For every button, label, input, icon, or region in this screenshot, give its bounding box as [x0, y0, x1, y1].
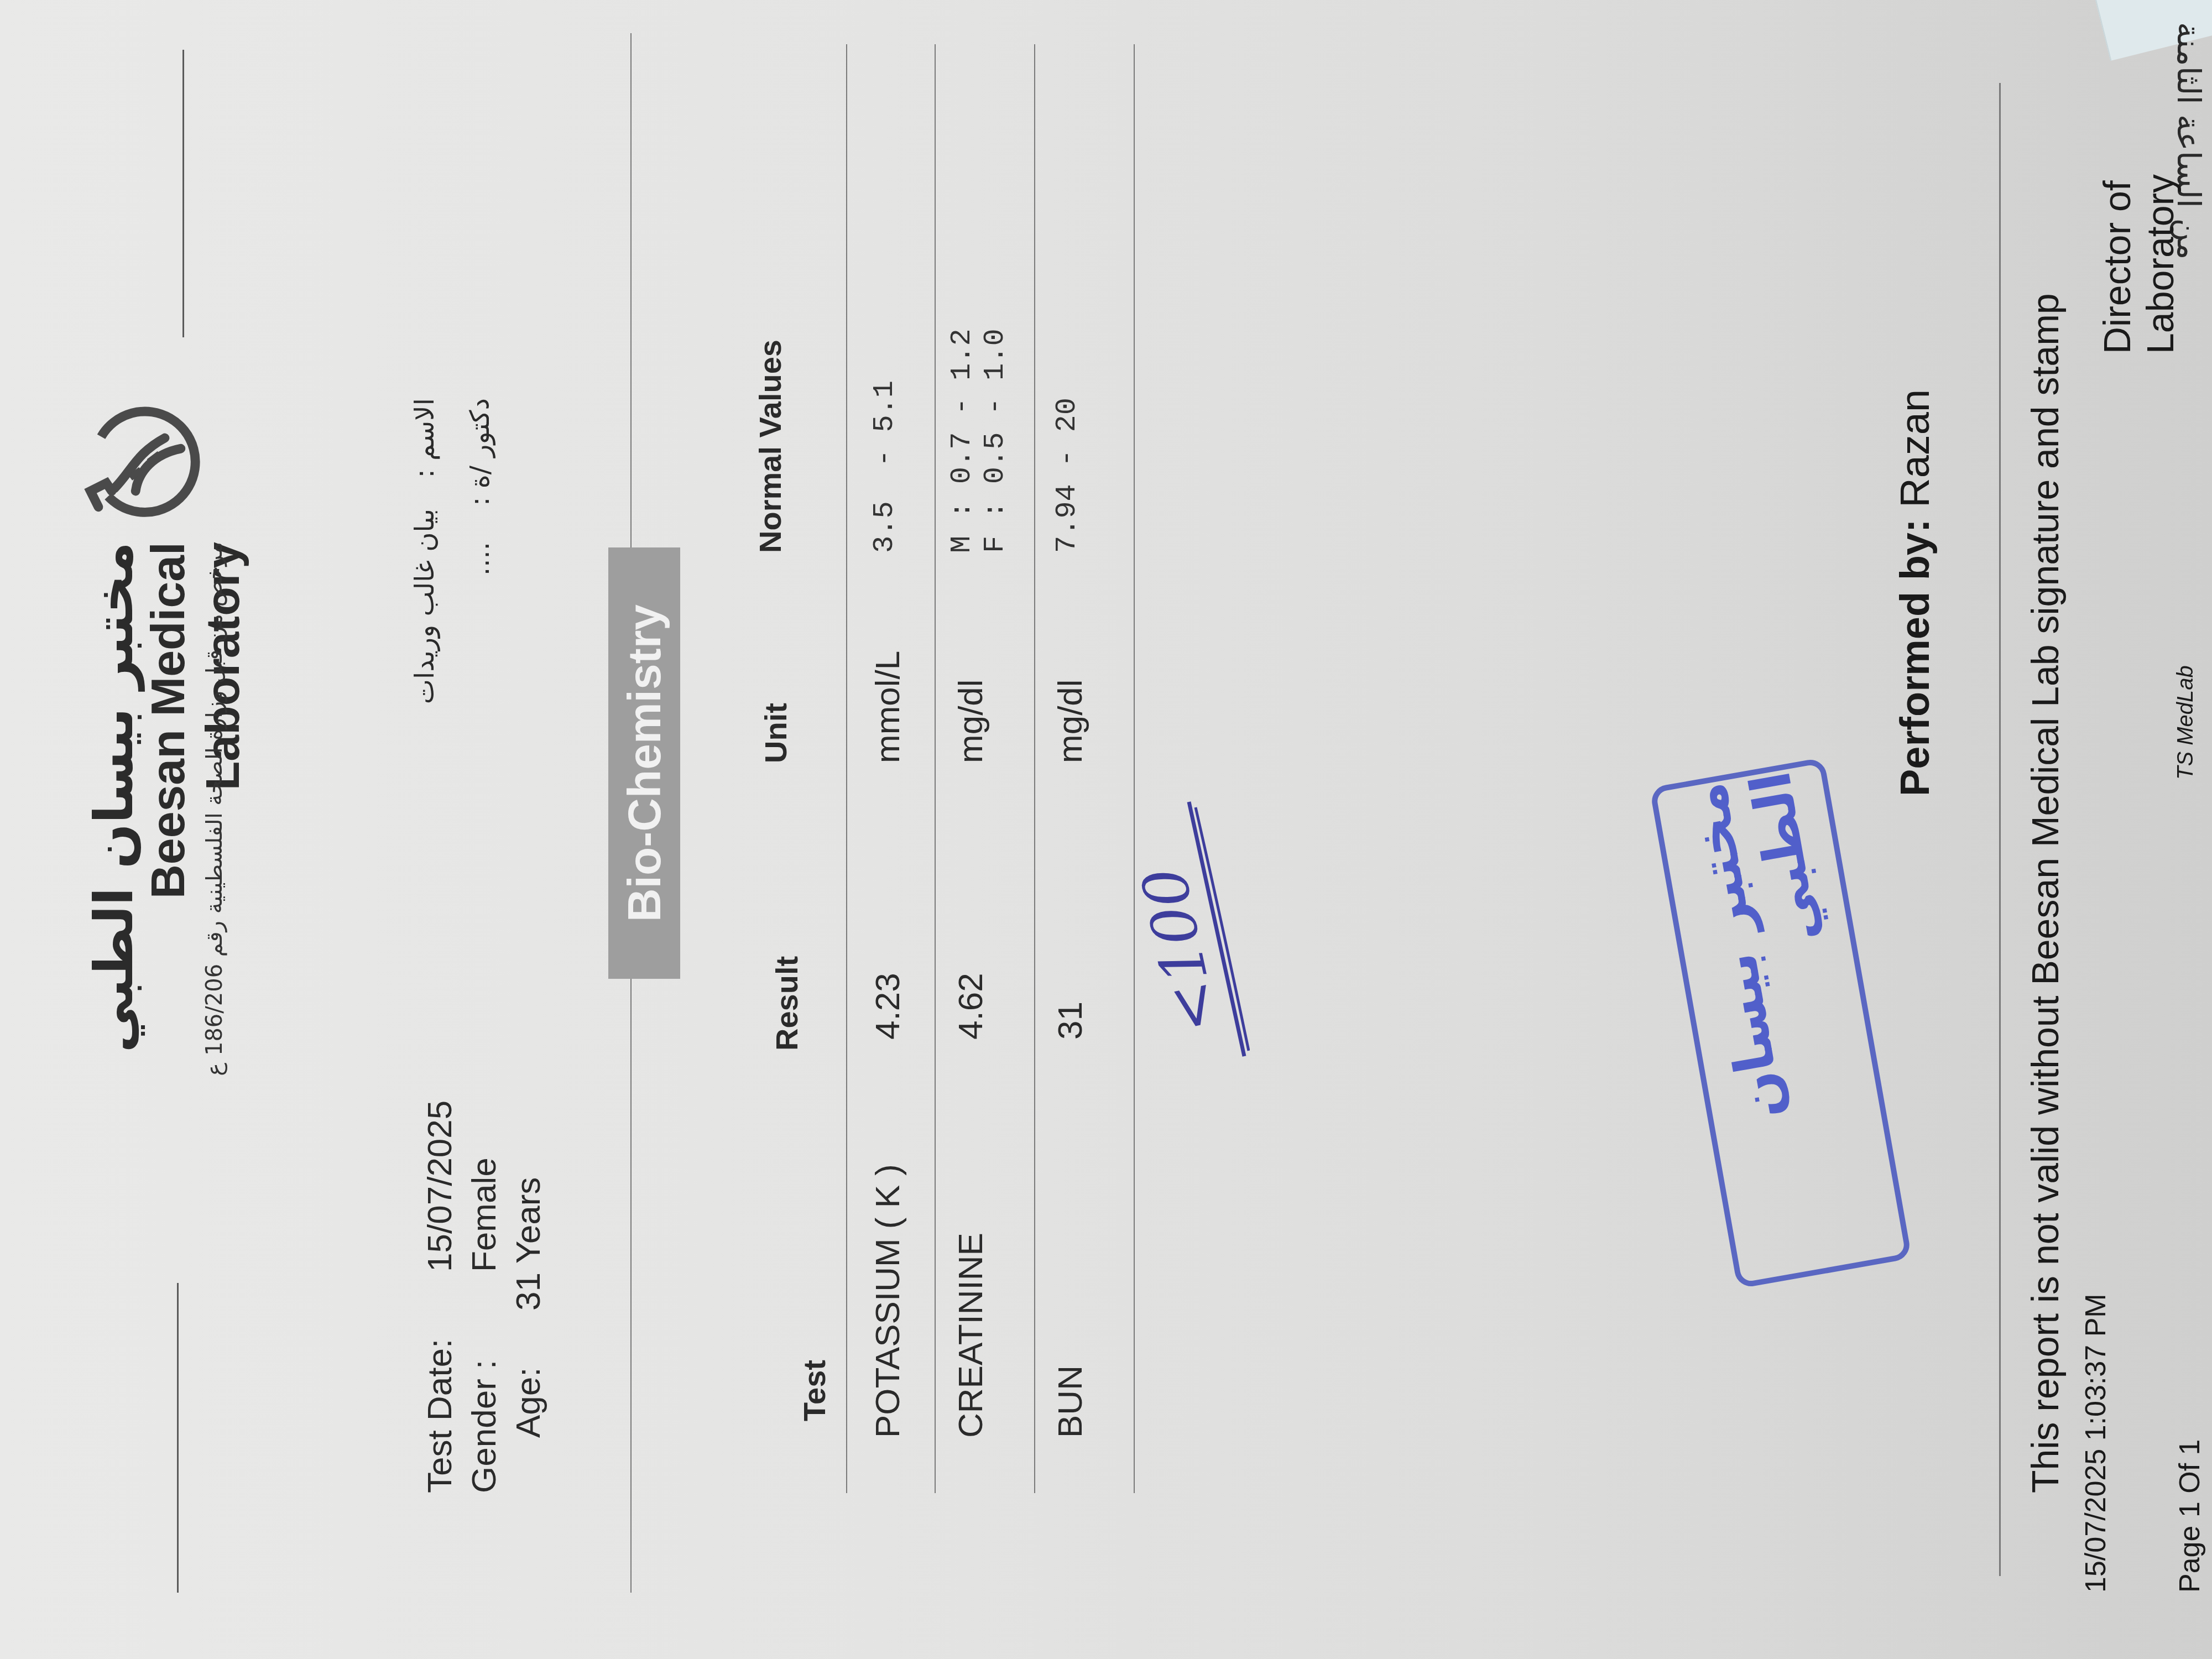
cell-result: 4.62 — [951, 973, 990, 1040]
cell-unit: mg/dl — [951, 679, 990, 763]
normal-value-line: M : 0.7 - 1.2 — [946, 328, 979, 553]
flask-dna-icon — [72, 398, 205, 531]
performed-by-name: Razan — [1892, 389, 1938, 508]
test-date-value: 15/07/2025 — [420, 1100, 460, 1272]
footer-rule — [1999, 83, 2001, 1576]
patient-name-value: بيان غالب وريدات — [409, 509, 440, 818]
cell-normal-values: M : 0.7 - 1.2F : 0.5 - 1.0 — [946, 328, 1012, 553]
doctor-label: دكتور /ة : — [465, 398, 495, 531]
col-header-unit: Unit — [758, 703, 794, 763]
gender-value: Female — [465, 1157, 504, 1272]
normal-value-line: F : 0.5 - 1.0 — [979, 328, 1012, 553]
lab-stamp: مختبر بيسان الطبي — [1650, 757, 1912, 1289]
test-date-label: Test Date: — [420, 1339, 460, 1493]
header-rule-right — [177, 1283, 179, 1593]
patient-name-label: الاسم : — [409, 398, 440, 487]
cell-test: BUN — [1051, 1365, 1090, 1438]
cell-normal-values: 7.94 - 20 — [1051, 398, 1084, 553]
lab-report-page: مختبر بيسان الطبي Beesan Medical Laborat… — [0, 0, 2212, 1659]
printed-timestamp: 15/07/2025 1:03:37 PM — [2079, 1293, 2112, 1593]
director-label: Director of Laboratory — [2096, 0, 2182, 354]
col-header-result: Result — [769, 956, 805, 1051]
cell-result: 4.23 — [868, 973, 907, 1040]
age-value: 31 Years — [509, 1177, 548, 1311]
doctor-value: .... — [465, 542, 495, 653]
section-title: Bio-Chemistry — [608, 547, 680, 979]
cell-test: POTASSIUM ( K ) — [868, 1164, 907, 1438]
page-number: Page 1 Of 1 — [2173, 1439, 2206, 1593]
row-divider — [1034, 44, 1035, 1493]
table-header-rule — [846, 44, 847, 1493]
col-header-test: Test — [796, 1360, 832, 1421]
performed-by: Performed by: Razan — [1891, 389, 1938, 796]
cell-test: CREATININE — [951, 1233, 990, 1438]
age-label: Age: — [509, 1367, 548, 1438]
gender-label: Gender : — [465, 1360, 504, 1493]
col-header-normal: Normal Values — [752, 340, 788, 553]
cell-result: 31 — [1051, 1001, 1090, 1040]
cell-unit: mmol/L — [868, 651, 907, 763]
header-rule-left — [182, 50, 184, 337]
lab-name-english: Beesan Medical Laboratory — [141, 542, 251, 1106]
normal-value-line: 7.94 - 20 — [1051, 398, 1084, 553]
software-name: TS MedLab — [2173, 665, 2198, 780]
lab-license: مرخص من قبل وزارة الصحة الفلسطينية رقم 1… — [202, 542, 227, 1106]
row-divider — [935, 44, 936, 1493]
normal-value-line: 3.5 - 5.1 — [868, 380, 901, 553]
validity-note: This report is not valid without Beesan … — [2024, 293, 2067, 1493]
cell-normal-values: 3.5 - 5.1 — [868, 380, 901, 553]
row-divider — [1134, 44, 1135, 1493]
cell-unit: mg/dl — [1051, 679, 1090, 763]
lab-name-arabic: مختبر بيسان الطبي — [83, 542, 145, 1106]
handwritten-underline — [1183, 796, 1250, 1062]
